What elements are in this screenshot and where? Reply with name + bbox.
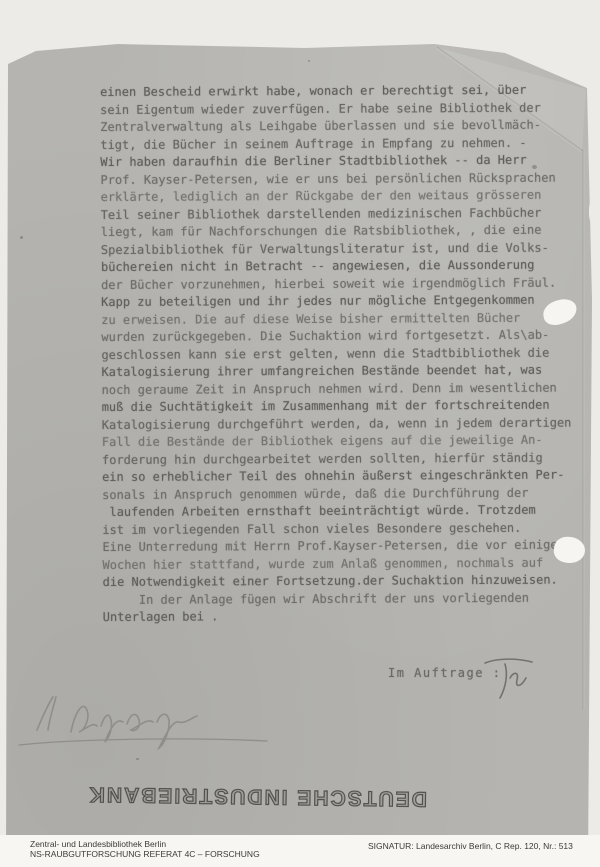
- typed-line: geschlossen kann sie erst gelten, wenn d…: [101, 344, 581, 364]
- attachment-count-note-handwriting: [15, 688, 285, 758]
- dirt-speck: [308, 60, 310, 62]
- dirt-speck: [532, 165, 537, 169]
- archive-photograph: einen Bescheid erwirkt habe, wonach er b…: [0, 0, 600, 867]
- dirt-speck: [136, 758, 139, 760]
- provenance-footer: Zentral- und Landesbibliothek Berlin NS-…: [0, 835, 600, 867]
- signature-handwritten: [483, 652, 535, 704]
- fold-crease-right-edge: [582, 150, 585, 710]
- typed-line: der Bücher vorzunehmen, hierbei soweit w…: [101, 274, 581, 294]
- footer-signature-reference: SIGNATUR: Landesarchiv Berlin, C Rep. 12…: [368, 841, 573, 851]
- industriebank-stamp: DEUTSCHE INDUSTRIEBANK: [95, 774, 427, 811]
- document-page: einen Bescheid erwirkt habe, wonach er b…: [0, 0, 600, 867]
- typed-line: Unterlagen bei .: [103, 606, 583, 626]
- typed-line: sonals in Anspruch genommen würde, daß d…: [102, 484, 582, 504]
- typed-line: In der Anlage fügen wir Abschrift der un…: [103, 589, 583, 609]
- typed-line: tigt, die Bücher in seinem Auftrage in E…: [100, 134, 580, 154]
- typed-line: Spezialbibliothek für Verwaltungsliterat…: [101, 239, 581, 259]
- typed-line: Wochen hier stattfand, wurde zum Anlaß g…: [102, 554, 582, 574]
- typed-line: forderung hin durchgearbeitet werden sol…: [102, 449, 582, 469]
- paper-damage-spot: [589, 196, 597, 226]
- footer-institution-line2: NS-RAUBGUTFORSCHUNG REFERAT 4C – FORSCHU…: [30, 850, 260, 860]
- typed-line: noch geraume Zeit in Anspruch nehmen wir…: [102, 379, 582, 399]
- typewritten-text-block: einen Bescheid erwirkt habe, wonach er b…: [100, 81, 583, 626]
- footer-institution: Zentral- und Landesbibliothek Berlin NS-…: [30, 840, 260, 859]
- dirt-speck: [20, 236, 23, 239]
